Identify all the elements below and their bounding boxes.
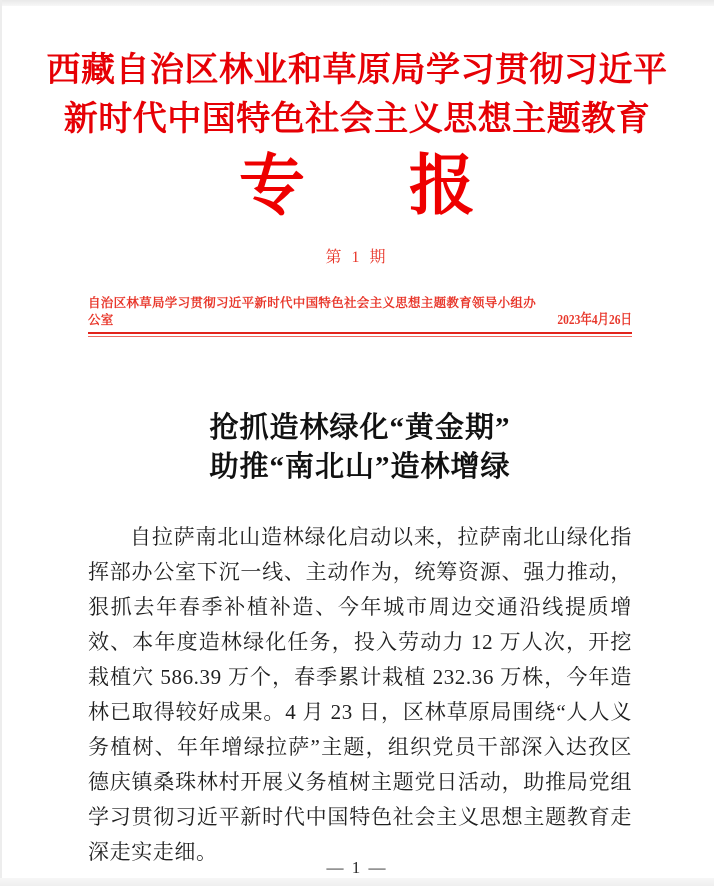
issuer-row: 自治区林草局学习贯彻习近平新时代中国特色社会主义思想主题教育领导小组办公室 20… xyxy=(88,295,632,329)
article-body-paragraph: 自拉萨南北山造林绿化启动以来，拉萨南北山绿化指挥部办公室下沉一线、主动作为，统筹… xyxy=(88,520,632,870)
document-page: 西藏自治区林业和草原局学习贯彻习近平 新时代中国特色社会主义思想主题教育 专 报… xyxy=(0,0,714,886)
masthead-divider-rule xyxy=(88,332,632,337)
scan-edge-left xyxy=(0,0,2,886)
article-title-line1: 抢抓造林绿化“黄金期” xyxy=(88,409,632,448)
masthead-title-line2: 新时代中国特色社会主义思想主题教育 xyxy=(20,95,694,144)
issue-date: 2023年4月26日 xyxy=(557,312,632,329)
scan-edge-top xyxy=(0,0,714,6)
page-number: — 1 — xyxy=(0,858,714,878)
masthead-title-line1: 西藏自治区林业和草原局学习贯彻习近平 xyxy=(20,46,694,95)
article-title-line2: 助推“南北山”造林增绿 xyxy=(88,448,632,487)
issue-number: 第 1 期 xyxy=(0,248,714,268)
issuer-name: 自治区林草局学习贯彻习近平新时代中国特色社会主义思想主题教育领导小组办公室 xyxy=(88,295,541,329)
masthead-title: 西藏自治区林业和草原局学习贯彻习近平 新时代中国特色社会主义思想主题教育 xyxy=(20,46,694,144)
banner-zhuanbao: 专 报 xyxy=(0,146,714,228)
content-column: 自治区林草局学习贯彻习近平新时代中国特色社会主义思想主题教育领导小组办公室 20… xyxy=(88,295,632,870)
article-title: 抢抓造林绿化“黄金期” 助推“南北山”造林增绿 xyxy=(88,409,632,487)
banner-char-right: 报 xyxy=(409,146,475,228)
scan-edge-bottom xyxy=(0,878,714,886)
banner-char-left: 专 xyxy=(239,146,305,228)
